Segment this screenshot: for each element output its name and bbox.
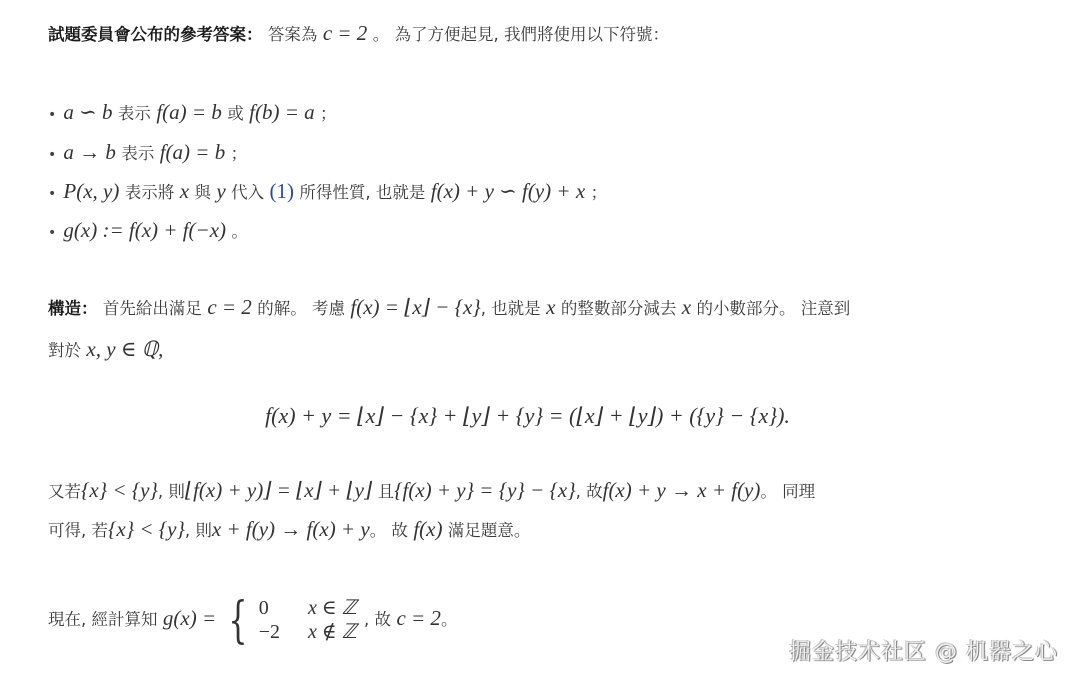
math: {x} < {y}	[108, 517, 185, 541]
answer-label: 試題委員會公布的參考答案：	[48, 25, 263, 44]
text: 。 故	[370, 521, 408, 540]
notation-item-arrow: • a → b 表示 f(a) = b ；	[48, 138, 247, 166]
bullet-icon: •	[48, 180, 58, 208]
notation-item-similar: • a ∽ b 表示 f(a) = b 或 f(b) = a ；	[48, 98, 337, 126]
text: ；	[231, 144, 248, 163]
math: ⌊f(x) + y)⌋ = ⌊x⌋ + ⌊y⌋	[185, 478, 372, 502]
text: , 則	[158, 482, 185, 501]
text: 代入	[231, 183, 264, 202]
text: 可得, 若	[48, 521, 108, 540]
math-notation: a ∽ b	[63, 100, 112, 124]
text: 的整數部分減去	[561, 299, 677, 318]
bullet-icon: •	[48, 101, 58, 129]
case-value: 0	[257, 596, 306, 620]
math: c = 2	[396, 606, 441, 630]
conclusion-line: 現在, 經計算知 g(x) = { 0 x ∈ ℤ −2 x ∉ ℤ , 故 c…	[48, 590, 457, 646]
math: c = 2	[207, 295, 252, 319]
notation-item-g-definition: • g(x) := f(x) + f(−x) 。	[48, 216, 248, 244]
math: f(a) = b	[156, 100, 222, 124]
equation-reference-link[interactable]: (1)	[269, 179, 294, 203]
construction-label: 構造：	[48, 299, 98, 318]
math: {f(x) + y} = {y} − {x}	[394, 478, 576, 502]
reasoning-line-1: 又若{x} < {y}, 則⌊f(x) + y)⌋ = ⌊x⌋ + ⌊y⌋ 且{…	[48, 476, 815, 504]
text: 。	[441, 610, 458, 629]
display-equation: f(x) + y = ⌊x⌋ − {x} + ⌊y⌋ + {y} = (⌊x⌋ …	[0, 400, 1055, 434]
answer-text: 答案為	[268, 25, 318, 44]
math: x + f(y) → f(x) + y	[212, 517, 370, 541]
text: , 也就是	[481, 299, 541, 318]
case-row: 0 x ∈ ℤ	[257, 596, 359, 620]
text: , 故	[364, 610, 391, 629]
left-brace-icon: {	[228, 595, 247, 645]
answer-header: 試題委員會公布的參考答案： 答案為 c = 2 。 為了方便起見, 我們將使用以…	[48, 19, 669, 47]
text: 的小數部分。 注意到	[696, 299, 850, 318]
cases-table: 0 x ∈ ℤ −2 x ∉ ℤ	[257, 596, 359, 644]
math: f(x)	[413, 517, 442, 541]
case-condition: x ∈ ℤ	[306, 596, 359, 620]
construction-line-2: 對於 x, y ∈ ℚ,	[48, 335, 163, 363]
math: x	[180, 179, 189, 203]
text: 且	[378, 482, 395, 501]
text: , 故	[576, 482, 603, 501]
bullet-icon: •	[48, 219, 58, 247]
text: ；	[591, 183, 608, 202]
text: 與	[194, 183, 211, 202]
text: 對於	[48, 341, 81, 360]
math-notation: g(x) := f(x) + f(−x)	[63, 218, 226, 242]
answer-text-cont: 。 為了方便起見, 我們將使用以下符號：	[373, 25, 669, 44]
text: 滿足題意。	[448, 521, 531, 540]
text: ；	[320, 104, 337, 123]
math-notation: P(x, y)	[63, 179, 119, 203]
text: 。 同理	[760, 482, 815, 501]
notation-item-property: • P(x, y) 表示將 x 與 y 代入 (1) 所得性質, 也就是 f(x…	[48, 177, 607, 205]
math: f(x) + y ∽ f(y) + x	[431, 179, 585, 203]
text: ,	[158, 337, 163, 361]
math: x	[546, 295, 555, 319]
reasoning-line-2: 可得, 若{x} < {y}, 則x + f(y) → f(x) + y。 故 …	[48, 515, 530, 543]
math-c-equals-2: c = 2	[323, 21, 368, 45]
math: f(b) = a	[249, 100, 315, 124]
case-condition: x ∉ ℤ	[306, 620, 359, 644]
math-display: f(x) + y = ⌊x⌋ − {x} + ⌊y⌋ + {y} = (⌊x⌋ …	[265, 403, 790, 428]
text: 表示	[121, 144, 154, 163]
math: x	[682, 295, 691, 319]
watermark: 掘金技术社区 @ 机器之心	[789, 635, 1058, 666]
case-value: −2	[257, 620, 306, 644]
bullet-icon: •	[48, 141, 58, 169]
math-f-definition: f(x) = ⌊x⌋ − {x}	[350, 295, 480, 319]
math: f(x) + y → x + f(y)	[603, 478, 761, 502]
text: 現在, 經計算知	[48, 610, 158, 629]
text: 表示將	[125, 183, 175, 202]
math: y	[216, 179, 225, 203]
construction-line-1: 構造： 首先給出滿足 c = 2 的解。 考慮 f(x) = ⌊x⌋ − {x}…	[48, 293, 850, 321]
piecewise-cases: { 0 x ∈ ℤ −2 x ∉ ℤ	[222, 592, 359, 648]
math-notation: a → b	[63, 140, 116, 164]
text: 首先給出滿足	[103, 299, 202, 318]
text: 。	[231, 222, 248, 241]
text: 的解。 考慮	[257, 299, 345, 318]
text: 或	[227, 104, 244, 123]
math: x, y ∈ ℚ	[86, 337, 158, 361]
text: 表示	[118, 104, 151, 123]
math: {x} < {y}	[81, 478, 158, 502]
text: 又若	[48, 482, 81, 501]
text: , 則	[185, 521, 212, 540]
math: g(x) =	[163, 606, 216, 630]
math: f(a) = b	[160, 140, 226, 164]
case-row: −2 x ∉ ℤ	[257, 620, 359, 644]
text: 所得性質, 也就是	[299, 183, 425, 202]
